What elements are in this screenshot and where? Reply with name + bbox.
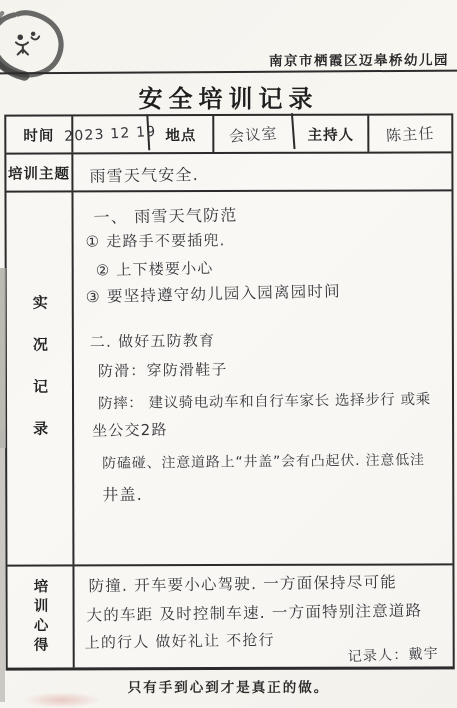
record-line: ③ 要坚持遵守幼儿园入园离园时间 <box>86 277 452 308</box>
reflection-label: 培训心得 <box>29 578 50 656</box>
record-label-cell: 实况记录 <box>6 192 74 564</box>
record-line: 井盖. <box>102 480 452 506</box>
kindergarten-logo-icon <box>0 8 72 82</box>
page-title: 安全培训记录 <box>0 79 457 114</box>
reflection-label-cell: 培训心得 <box>7 566 74 667</box>
record-line: 一、 雨雪天气防范 <box>93 199 451 228</box>
school-name: 南京市栖霞区迈皋桥幼儿园 <box>269 49 449 70</box>
scan-edge-shadow <box>0 268 6 448</box>
location-value: 会议室 <box>213 113 295 155</box>
record-line: ② 上下楼要小心 <box>95 252 451 280</box>
record-line: 二. 做好五防教育 <box>90 327 452 352</box>
recorder-signature: 记录人：戴宇 <box>347 643 439 666</box>
meta-row: 时间 2023 12 19 地点 会议室 主持人 陈主任 <box>6 115 451 154</box>
topic-label: 培训主题 <box>6 154 73 190</box>
record-line: 防滑：穿防滑鞋子 <box>98 356 452 382</box>
reflection-row: 培训心得 防撞. 开车要小心驾驶. 一方面保持尽可能 大的车距 及时控制车速. … <box>7 565 452 667</box>
location-label: 地点 <box>149 116 214 152</box>
record-line: 防摔： 建议骑电动车和自行车家长 选择步行 或乘 <box>98 388 452 414</box>
time-value: 2023 12 19 <box>72 114 150 154</box>
topic-row: 培训主题 雨雪天气安全. <box>6 153 451 192</box>
training-record-form: 时间 2023 12 19 地点 会议室 主持人 陈主任 培训主题 雨雪天气安全… <box>4 113 454 670</box>
record-content: 一、 雨雪天气防范 ① 走路手不要插兜. ② 上下楼要小心 ③ 要坚持遵守幼儿园… <box>73 191 452 564</box>
scan-edge-shadow <box>0 430 5 702</box>
record-row: 实况记录 一、 雨雪天气防范 ① 走路手不要插兜. ② 上下楼要小心 ③ 要坚持… <box>6 191 452 566</box>
host-label: 主持人 <box>294 116 369 152</box>
reflection-line: 防撞. 开车要小心驾驶. 一方面保持尽可能 <box>88 570 452 597</box>
record-label: 实况记录 <box>29 294 50 462</box>
topic-value: 雨雪天气安全. <box>73 151 452 193</box>
record-line: ① 走路手不要插兜. <box>86 227 452 252</box>
record-line: 坐公交2路 <box>92 414 452 441</box>
record-line: 防磕碰、注意道路上“井盖”会有凸起伏. 注意低洼 <box>102 449 452 473</box>
reflection-content: 防撞. 开车要小心驾驶. 一方面保持尽可能 大的车距 及时控制车速. 一方面特别… <box>74 565 452 667</box>
host-value: 陈主任 <box>368 113 452 153</box>
scanned-training-record-page: 南京市栖霞区迈皋桥幼儿园 安全培训记录 时间 2023 12 19 地点 会议室… <box>0 0 457 708</box>
scan-smudge <box>22 692 102 708</box>
reflection-line: 大的车距 及时控制车速. 一方面特别注意道路 <box>86 598 452 625</box>
